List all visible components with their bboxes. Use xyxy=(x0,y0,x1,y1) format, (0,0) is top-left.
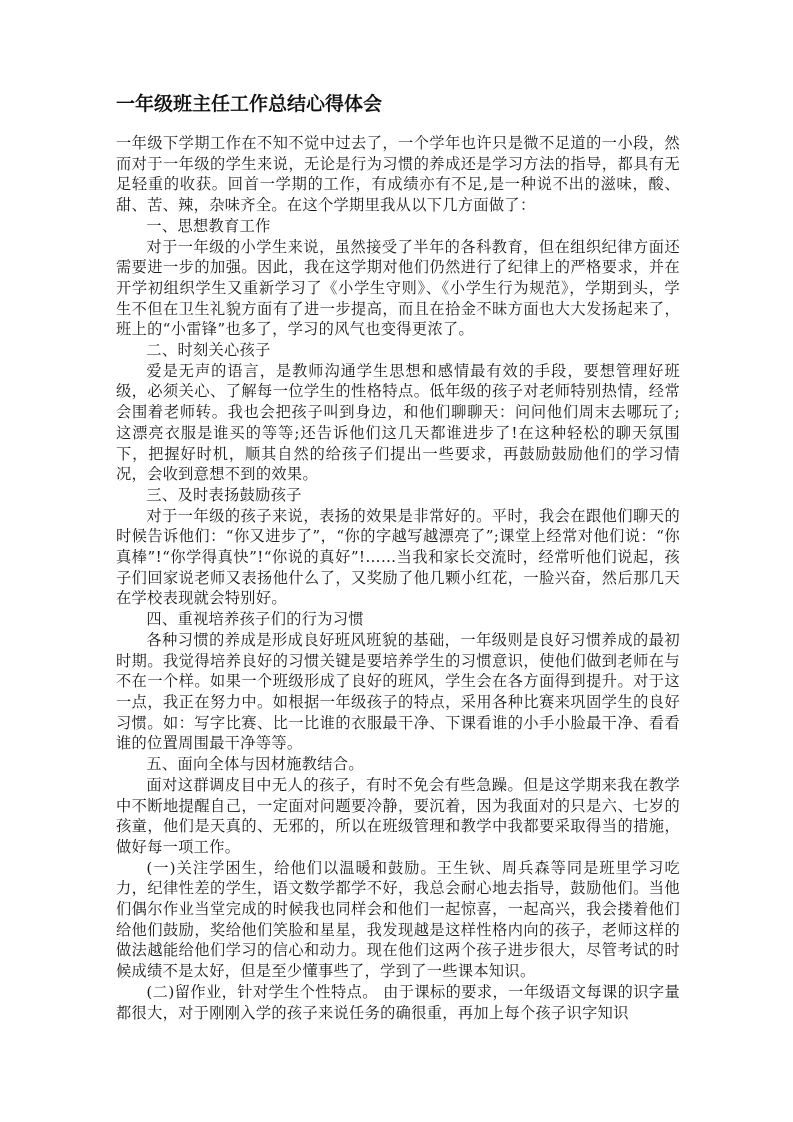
section-heading-3: 三、及时表扬鼓励孩子 xyxy=(116,485,680,506)
section-body-4: 各种习惯的养成是形成良好班风班貌的基础，一年级则是良好习惯养成的最初时期。我觉得… xyxy=(116,630,680,754)
section-body-1: 对于一年级的小学生来说，虽然接受了半年的各科教育，但在组织纪律方面还需要进一步的… xyxy=(116,237,680,341)
section-body-5: 面对这群调皮目中无人的孩子，有时不免会有些急躁。但是这学期来我在教学中不断地提醒… xyxy=(116,775,680,858)
section-body-2: 爱是无声的语言，是教师沟通学生思想和感情最有效的手段，要想管理好班级，必须关心、… xyxy=(116,361,680,485)
document-title: 一年级班主任工作总结心得体会 xyxy=(116,92,680,116)
section-heading-2: 二、时刻关心孩子 xyxy=(116,340,680,361)
subsection-2-paragraph: (二)留作业，针对学生个性特点。 由于课标的要求，一年级语文每课的识字量都很大，… xyxy=(116,982,680,1023)
intro-paragraph: 一年级下学期工作在不知不觉中过去了，一个学年也许只是微不足道的一小段，然而对于一… xyxy=(116,133,680,216)
section-body-3: 对于一年级的孩子来说，表扬的效果是非常好的。平时，我会在跟他们聊天的时候告诉他们… xyxy=(116,506,680,610)
subsection-1-paragraph: (一)关注学困生，给他们以温暖和鼓励。王生钬、周兵森等同是班里学习吃力，纪律性差… xyxy=(116,858,680,982)
document-page: 一年级班主任工作总结心得体会 一年级下学期工作在不知不觉中过去了，一个学年也许只… xyxy=(116,92,680,1023)
section-heading-4: 四、重视培养孩子们的行为习惯 xyxy=(116,609,680,630)
section-heading-1: 一、思想教育工作 xyxy=(116,216,680,237)
section-heading-5: 五、面向全体与因材施教结合。 xyxy=(116,754,680,775)
